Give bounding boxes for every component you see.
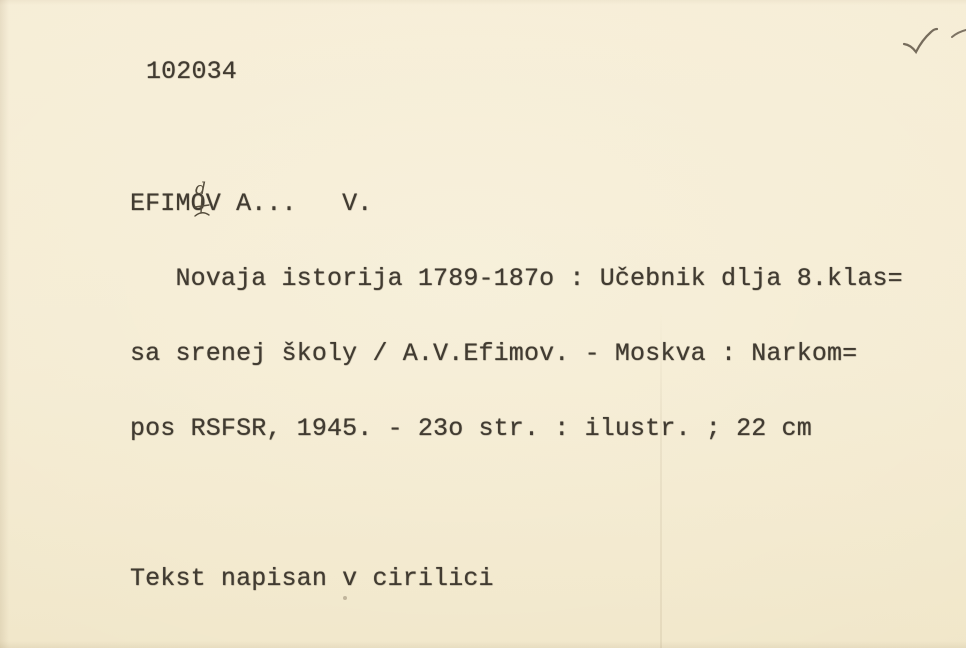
entry-line-title: Novaja istorija 1789-187o : Učebnik dlja… bbox=[130, 266, 903, 291]
note-line: Tekst napisan v cirilici bbox=[130, 566, 903, 591]
catalog-entry: EFIMOV A... V. Novaja istorija 1789-187o… bbox=[130, 141, 903, 641]
edge-pen-mark bbox=[952, 30, 966, 37]
catalog-card: 102034 EFIMOV A... V. Novaja istorija 17… bbox=[0, 0, 966, 648]
blank-line bbox=[130, 491, 903, 516]
heading-line: EFIMOV A... V. bbox=[130, 191, 903, 216]
entry-line-collation: pos RSFSR, 1945. - 23o str. : ilustr. ; … bbox=[130, 416, 903, 441]
checkmark-icon bbox=[904, 29, 937, 52]
entry-line-imprint: sa srenej školy / A.V.Efimov. - Moskva :… bbox=[130, 341, 903, 366]
call-number: 102034 bbox=[146, 59, 237, 84]
